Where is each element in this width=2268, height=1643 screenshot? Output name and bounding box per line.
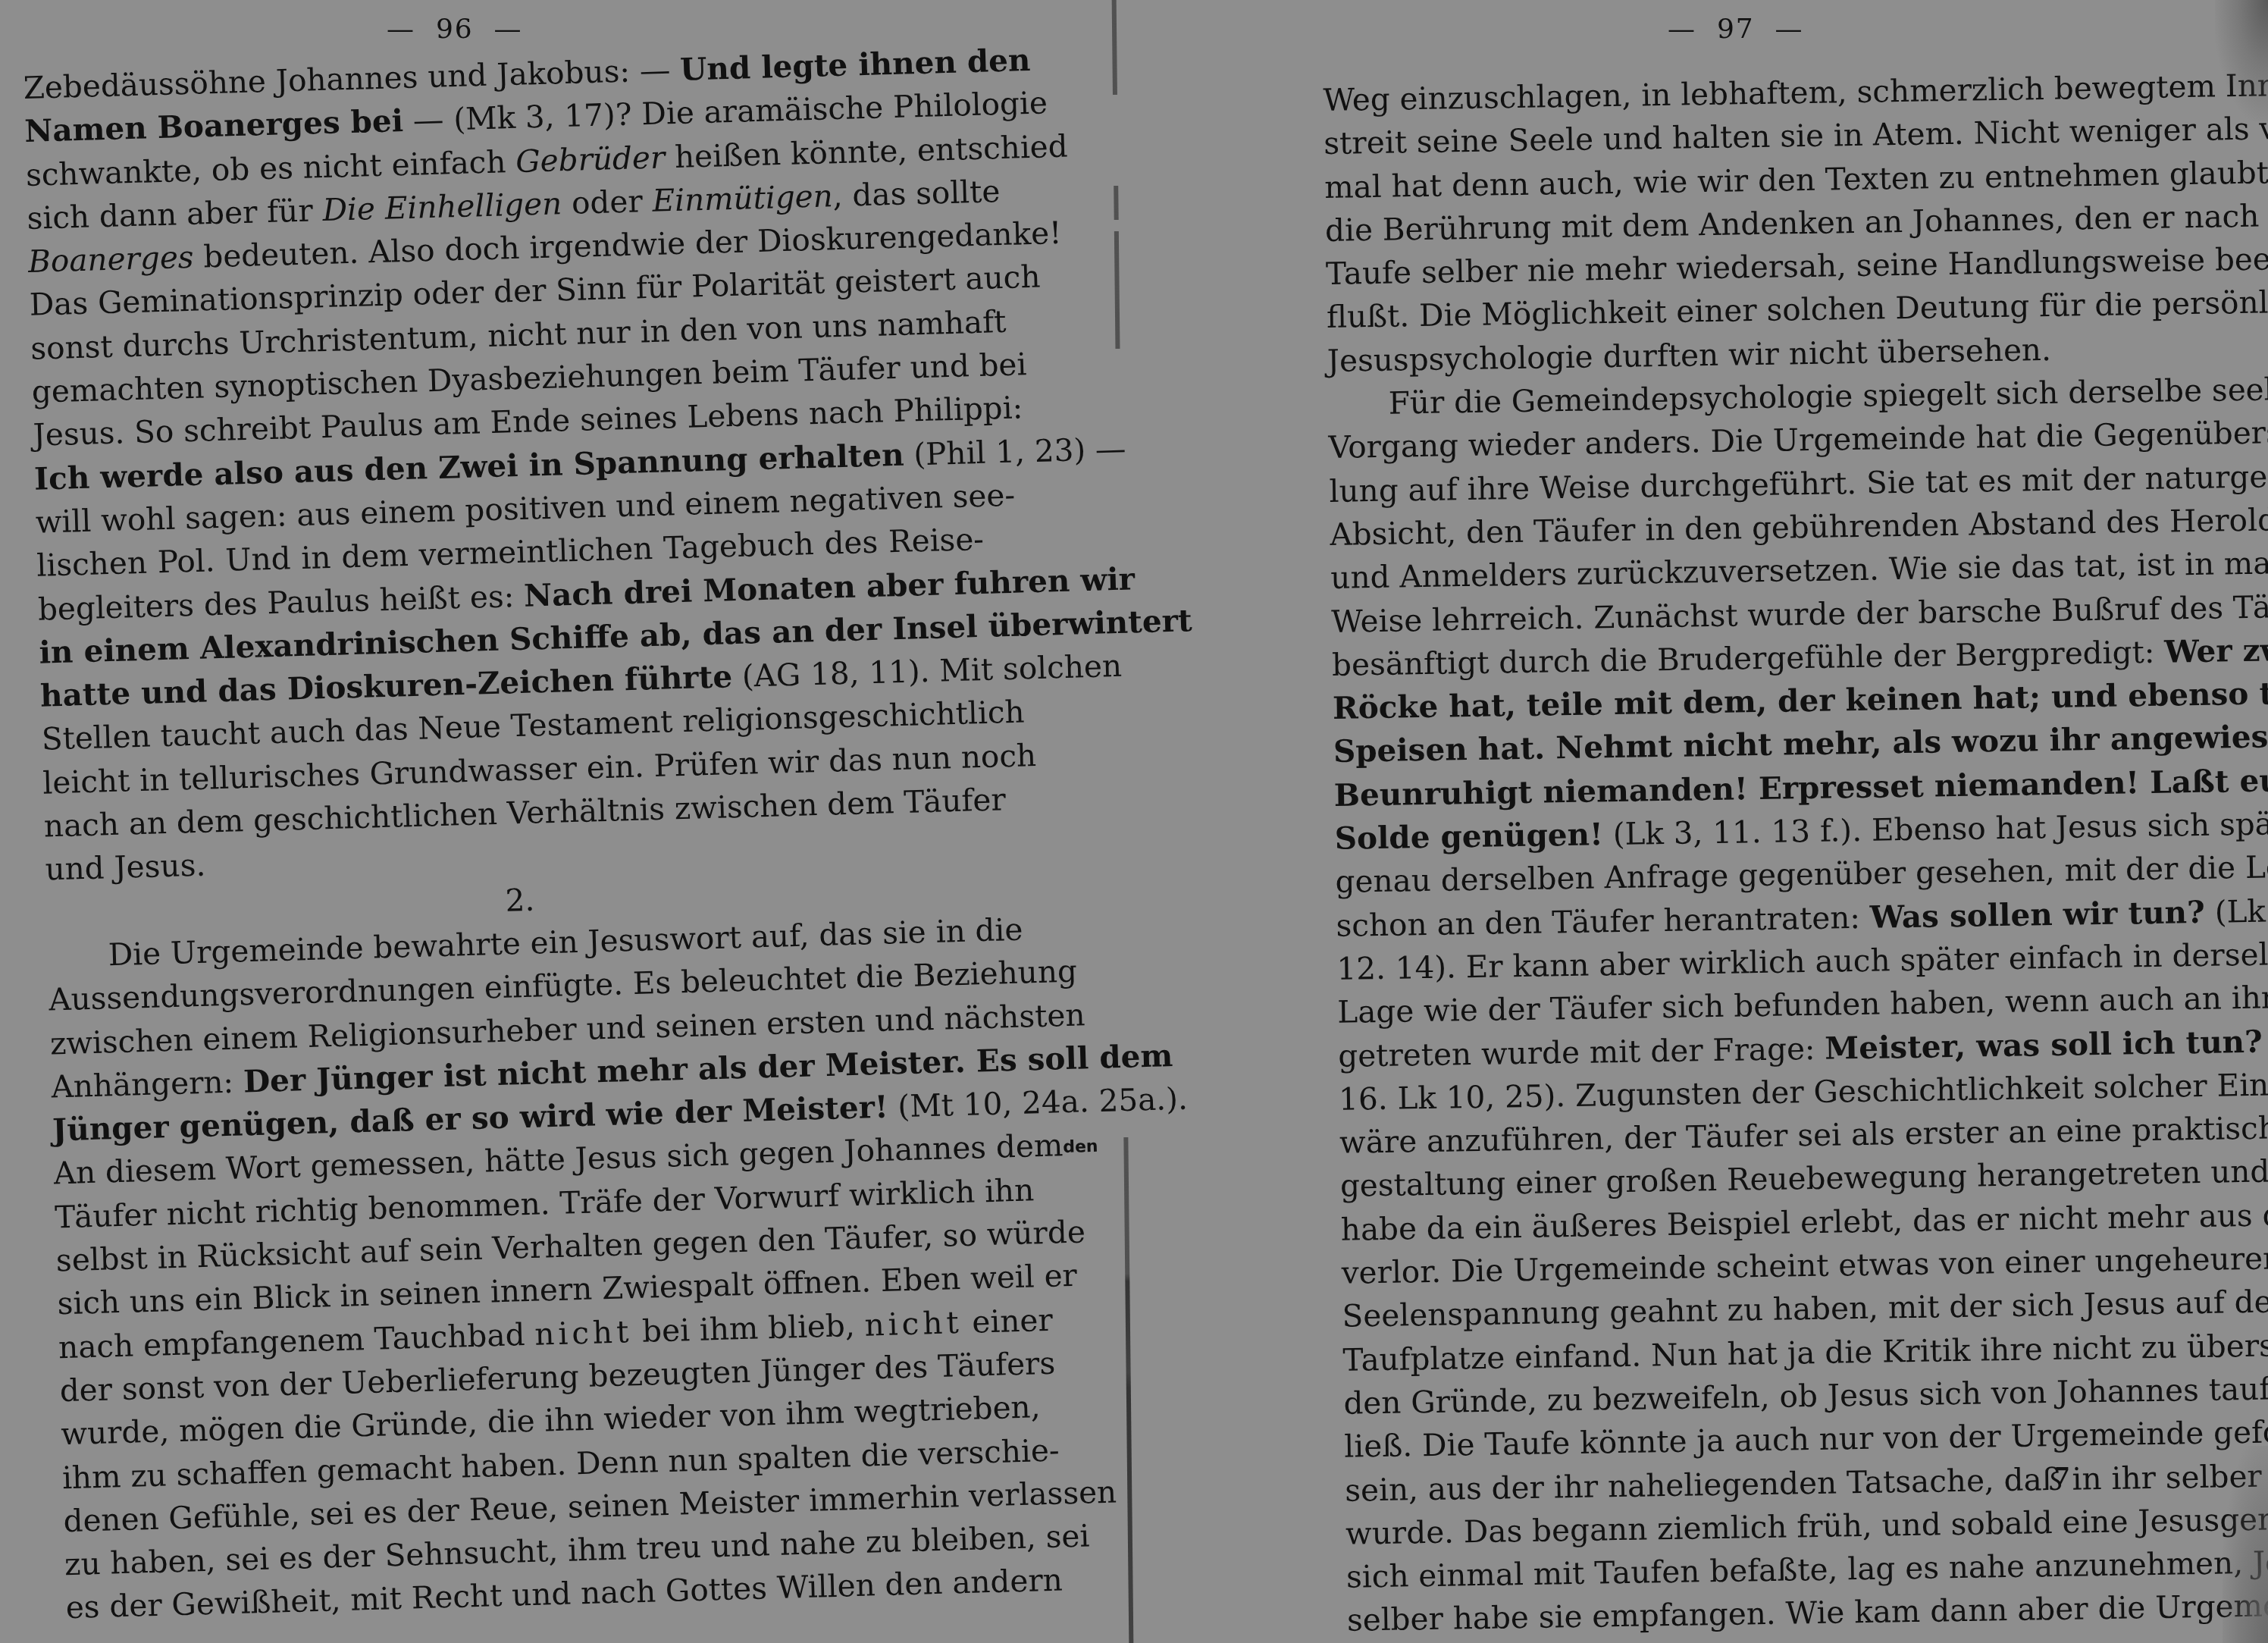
text-run: sich dann aber für <box>27 192 323 237</box>
left-page: — 96 — Zebedäussöhne Johannes und Jakobu… <box>0 0 1114 1643</box>
signature-mark: 7 <box>2054 1463 2070 1490</box>
italic-term: Boanerges <box>28 239 195 280</box>
text-run: und Jesus. <box>45 847 206 888</box>
text-run: nicht <box>864 1304 963 1344</box>
text-run: schon an den Täufer herantraten: <box>1336 898 1870 943</box>
book-gutter-shadow <box>1112 0 1134 1643</box>
text-run: Jesuspsychologie durften wir nicht übers… <box>1327 331 2051 379</box>
bold-quote: Solde genügen! <box>1334 816 1603 857</box>
bold-quote: Was sollen wir tun? <box>1869 893 2205 935</box>
bold-quote: Wer zwei <box>2164 631 2268 669</box>
text-run: nicht <box>534 1313 633 1353</box>
bold-quote: Meister, was soll ich tun? <box>1825 1023 2263 1066</box>
page-number-right: — 97 — <box>1668 14 1804 45</box>
bold-quote: Und legte ihnen den <box>679 42 1031 88</box>
text-run: oder <box>561 183 653 221</box>
text-run: (Phil 1, 23) — <box>904 430 1126 472</box>
text-run: getreten wurde mit der Frage: <box>1338 1030 1825 1074</box>
italic-term: Die Einhelligen <box>322 185 562 228</box>
text-run: (AG 18, 11). Mit solchen <box>731 647 1122 695</box>
scan-noise-top-right <box>2215 0 2268 121</box>
italic-term: Gebrüder <box>515 139 666 179</box>
bold-quote: Namen Boanerges bei <box>24 102 404 149</box>
text-run: 2. <box>505 881 535 918</box>
text-run: heißen könnte, entschied <box>664 127 1068 175</box>
scan-noise-bottom-right <box>2223 1446 2268 1643</box>
italic-term: Einmütigen <box>652 177 834 219</box>
right-page-body: Weg einzuschlagen, in lebhaftem, schmerz… <box>1323 64 2268 1643</box>
text-run: einer <box>962 1301 1054 1340</box>
text-run: Anhängern: <box>51 1063 244 1105</box>
text-run: (Lk 3, 11. 13 f.). Ebenso hat Jesus sich… <box>1602 805 2268 853</box>
page-number-left: — 96 — <box>387 14 523 45</box>
margin-annotation: den <box>1063 1137 1098 1157</box>
text-run: bei ihm blieb, <box>632 1306 866 1350</box>
text-run: (Lk 3, 10. <box>2204 891 2268 930</box>
text-run: (Mt 19, <box>2262 1021 2268 1060</box>
left-page-body: Zebedäussöhne Johannes und Jakobus: — Un… <box>23 40 1013 1630</box>
text-run: , das sollte <box>832 173 1001 214</box>
right-page: — 97 — Weg einzuschlagen, in lebhaftem, … <box>1137 0 2268 1643</box>
